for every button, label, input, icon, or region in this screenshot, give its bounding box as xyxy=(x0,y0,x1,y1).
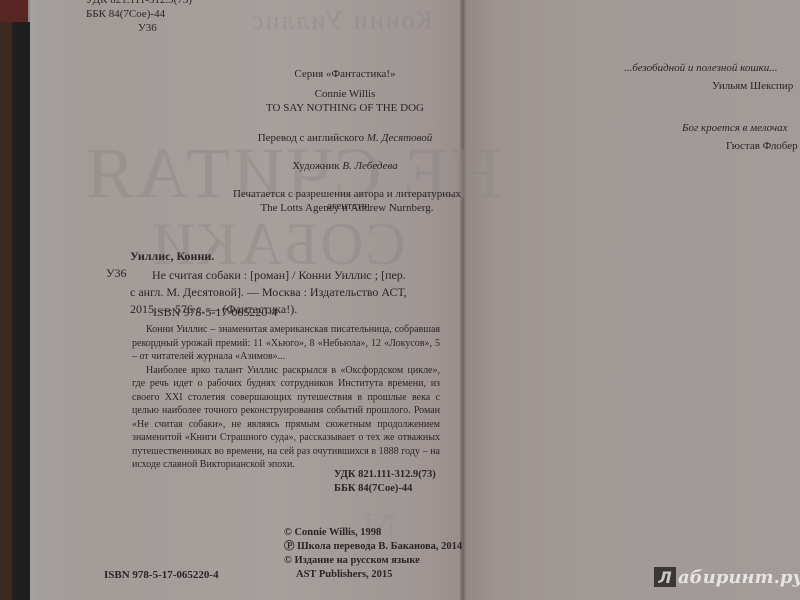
bbk-code: ББК 84(7Сое)-44 xyxy=(334,482,412,495)
author-code: У36 xyxy=(106,267,127,280)
show-through-author: Конни Уиллис xyxy=(250,6,433,36)
top-udk: УДК 821.111-312.9(73) xyxy=(86,0,192,7)
translation-credit: Перевод с английского М. Десятовой xyxy=(240,132,450,144)
labirint-watermark: Л абиринт.ру xyxy=(654,566,800,588)
isbn-bottom: ISBN 978-5-17-065220-4 xyxy=(104,569,219,582)
series-name: Серия «Фантастика!» xyxy=(240,68,450,80)
table-surface-red xyxy=(0,0,28,22)
artist-credit: Художник В. Лебедева xyxy=(240,160,450,172)
isbn: ISBN 978-5-17-065220-4 xyxy=(153,306,277,319)
epigraph-2: Бог кроется в мелочах xyxy=(682,122,788,135)
author-english: Connie Willis xyxy=(240,88,450,100)
author-heading: Уиллис, Конни. xyxy=(130,250,214,263)
copyright-line: AST Publishers, 2015 xyxy=(296,568,392,581)
book-abstract: Конни Уиллис – знаменитая американская п… xyxy=(132,323,440,472)
bib-line: Не считая собаки : [роман] / Конни Уилли… xyxy=(152,267,442,284)
permission-line-2: The Lotts Agency и Andrew Nurnberg. xyxy=(222,202,472,214)
top-author-code: У36 xyxy=(138,22,157,35)
labirint-logo-text: абиринт.ру xyxy=(678,567,800,588)
bib-line: с англ. М. Десятовой]. — Москва : Издате… xyxy=(130,284,442,301)
epigraph-2-source: Гюстав Флобер xyxy=(726,140,798,153)
book-cover-edge xyxy=(12,22,30,600)
copyright-line: Ⓟ Школа перевода В. Баканова, 2014 xyxy=(284,540,462,553)
copyright-line: © Connie Willis, 1998 xyxy=(284,526,381,539)
title-english: TO SAY NOTHING OF THE DOG xyxy=(240,102,450,114)
udk-code: УДК 821.111-312.9(73) xyxy=(334,468,436,481)
abstract-paragraph: Конни Уиллис – знаменитая американская п… xyxy=(132,323,440,364)
artist-name: В. Лебедева xyxy=(342,160,397,172)
artist-label: Художник xyxy=(292,160,342,172)
copyright-line: © Издание на русском языке xyxy=(284,554,420,567)
translation-label: Перевод с английского xyxy=(258,132,367,144)
abstract-paragraph: Наиболее ярко талант Уиллис раскрылся в … xyxy=(132,364,440,472)
translator-name: М. Десятовой xyxy=(367,132,432,144)
labirint-logo-icon: Л xyxy=(654,567,676,587)
epigraph-1-source: Уильям Шекспир xyxy=(712,80,793,93)
top-bbk: ББК 84(7Сое)-44 xyxy=(86,8,165,21)
epigraph-1: ...безобидной и полезной кошки... xyxy=(624,62,778,75)
